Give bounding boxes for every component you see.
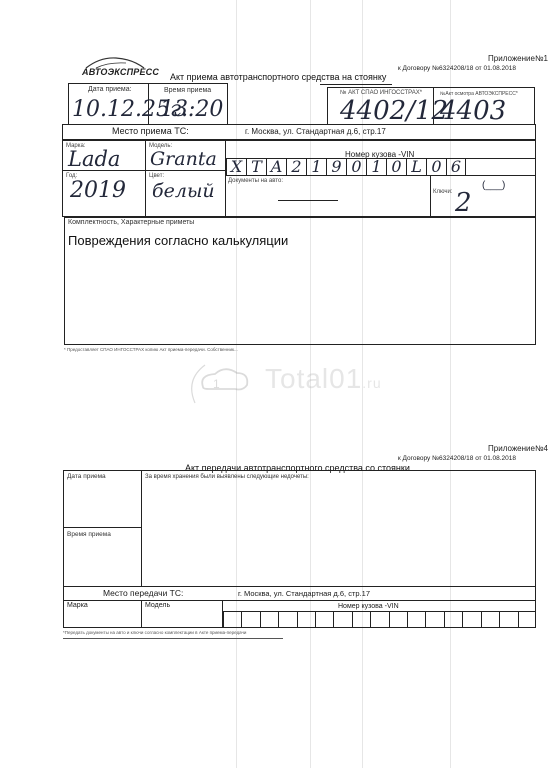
transfer-box bbox=[63, 470, 536, 587]
vin-cell[interactable]: 9 bbox=[326, 158, 346, 175]
title-underline bbox=[320, 84, 392, 85]
transfer-time-label: Время приема bbox=[67, 531, 111, 538]
divider bbox=[63, 527, 142, 528]
vin-cell[interactable] bbox=[462, 612, 480, 628]
logo-text: АВТОЭКСПРЕСС bbox=[82, 67, 159, 77]
divider bbox=[225, 175, 536, 176]
keys-label: Ключи: bbox=[433, 189, 453, 195]
autoexpress-logo: АВТОЭКСПРЕСС bbox=[82, 55, 148, 77]
vin-cell[interactable] bbox=[315, 612, 333, 628]
vin-cell[interactable]: 0 bbox=[346, 158, 366, 175]
vin-cell[interactable] bbox=[444, 612, 462, 628]
place-address: г. Москва, ул. Стандартная д.6, стр.17 bbox=[238, 589, 370, 598]
vin-cell[interactable] bbox=[425, 612, 443, 628]
divider bbox=[141, 470, 142, 587]
equipment-value[interactable]: Повреждения согласно калькуляции bbox=[68, 233, 288, 248]
vin-cell[interactable] bbox=[518, 612, 536, 628]
vin-cell[interactable] bbox=[352, 612, 370, 628]
vin-cell[interactable]: 2 bbox=[286, 158, 306, 175]
time-label: Время приема bbox=[164, 87, 211, 94]
vin-cell[interactable]: A bbox=[266, 158, 286, 175]
equipment-label: Комплектность, Характерные приметы bbox=[68, 219, 194, 226]
act-number-value[interactable]: 4402/12 bbox=[340, 96, 448, 126]
date-label: Дата приема: bbox=[88, 86, 132, 93]
model-value[interactable]: Granta bbox=[150, 148, 217, 170]
transfer-date-label: Дата приема bbox=[67, 473, 106, 480]
vin-cell[interactable] bbox=[241, 612, 259, 628]
vin-input-cells[interactable]: XTA219010L06 bbox=[226, 158, 466, 175]
brand-label: Марка bbox=[67, 602, 88, 609]
divider bbox=[145, 140, 146, 217]
watermark: 1 Total01.ru bbox=[185, 355, 395, 405]
vin-cell[interactable]: 0 bbox=[426, 158, 446, 175]
color-value[interactable]: белый bbox=[152, 180, 215, 202]
appendix-label: Приложение№1 bbox=[488, 54, 548, 63]
inspection-number-value[interactable]: 4403 bbox=[440, 96, 506, 126]
watermark-name: Total01 bbox=[265, 363, 362, 394]
vin-cell[interactable] bbox=[481, 612, 499, 628]
vin-cell[interactable] bbox=[407, 612, 425, 628]
top-footnote: * Предоставляет СПАО ИНГОССТРАХ копию Ак… bbox=[64, 347, 238, 352]
watermark-suffix: .ru bbox=[362, 375, 381, 391]
contract-reference: к Договору №6324208/18 от 01.08.2018 bbox=[398, 65, 516, 72]
model-label: Модель bbox=[145, 602, 170, 609]
vin-cell[interactable]: X bbox=[226, 158, 246, 175]
divider bbox=[225, 140, 226, 217]
place-label: Место приема ТС: bbox=[112, 126, 189, 136]
time-value[interactable]: 13:20 bbox=[160, 97, 223, 122]
divider bbox=[430, 175, 431, 217]
vin-input-cells[interactable] bbox=[223, 612, 536, 628]
watermark-text: Total01.ru bbox=[265, 363, 382, 395]
vin-cell[interactable] bbox=[499, 612, 517, 628]
keys-value[interactable]: 2 bbox=[455, 188, 472, 218]
documents-value-line[interactable] bbox=[278, 200, 338, 201]
form-title: Акт приема автотранспортного средства на… bbox=[170, 72, 386, 82]
vin-cell[interactable]: 1 bbox=[306, 158, 326, 175]
place-label: Место передачи ТС: bbox=[103, 588, 183, 598]
bottom-footnote: *Передать документы на авто и ключи согл… bbox=[63, 630, 246, 635]
divider bbox=[63, 638, 283, 639]
place-address: г. Москва, ул. Стандартная д.6, стр.17 bbox=[245, 127, 386, 136]
keys-extra: (___) bbox=[482, 180, 505, 191]
appendix-label: Приложение№4 bbox=[488, 444, 548, 453]
vin-cell[interactable]: 6 bbox=[446, 158, 466, 175]
contract-reference: к Договору №6324208/18 от 01.08.2018 bbox=[398, 455, 516, 462]
defects-label: За время хранения были выявлены следующи… bbox=[145, 474, 309, 480]
divider bbox=[141, 600, 142, 628]
vin-cell[interactable] bbox=[333, 612, 351, 628]
vin-cell[interactable]: 0 bbox=[386, 158, 406, 175]
car-cloud-logo-icon: 1 bbox=[185, 355, 261, 405]
vin-cell[interactable] bbox=[297, 612, 315, 628]
vin-cell[interactable]: T bbox=[246, 158, 266, 175]
vin-cell[interactable] bbox=[223, 612, 241, 628]
svg-text:1: 1 bbox=[213, 377, 220, 391]
vin-cell[interactable]: L bbox=[406, 158, 426, 175]
brand-value[interactable]: Lada bbox=[68, 147, 120, 171]
year-value[interactable]: 2019 bbox=[70, 178, 126, 203]
vin-cell[interactable]: 1 bbox=[366, 158, 386, 175]
vin-cell[interactable] bbox=[278, 612, 296, 628]
documents-label: Документы на авто: bbox=[228, 178, 283, 184]
vin-cell[interactable] bbox=[370, 612, 388, 628]
vin-cell[interactable] bbox=[389, 612, 407, 628]
vin-label: Номер кузова -VIN bbox=[338, 603, 399, 610]
vin-cell[interactable] bbox=[260, 612, 278, 628]
color-label: Цвет: bbox=[149, 173, 164, 179]
